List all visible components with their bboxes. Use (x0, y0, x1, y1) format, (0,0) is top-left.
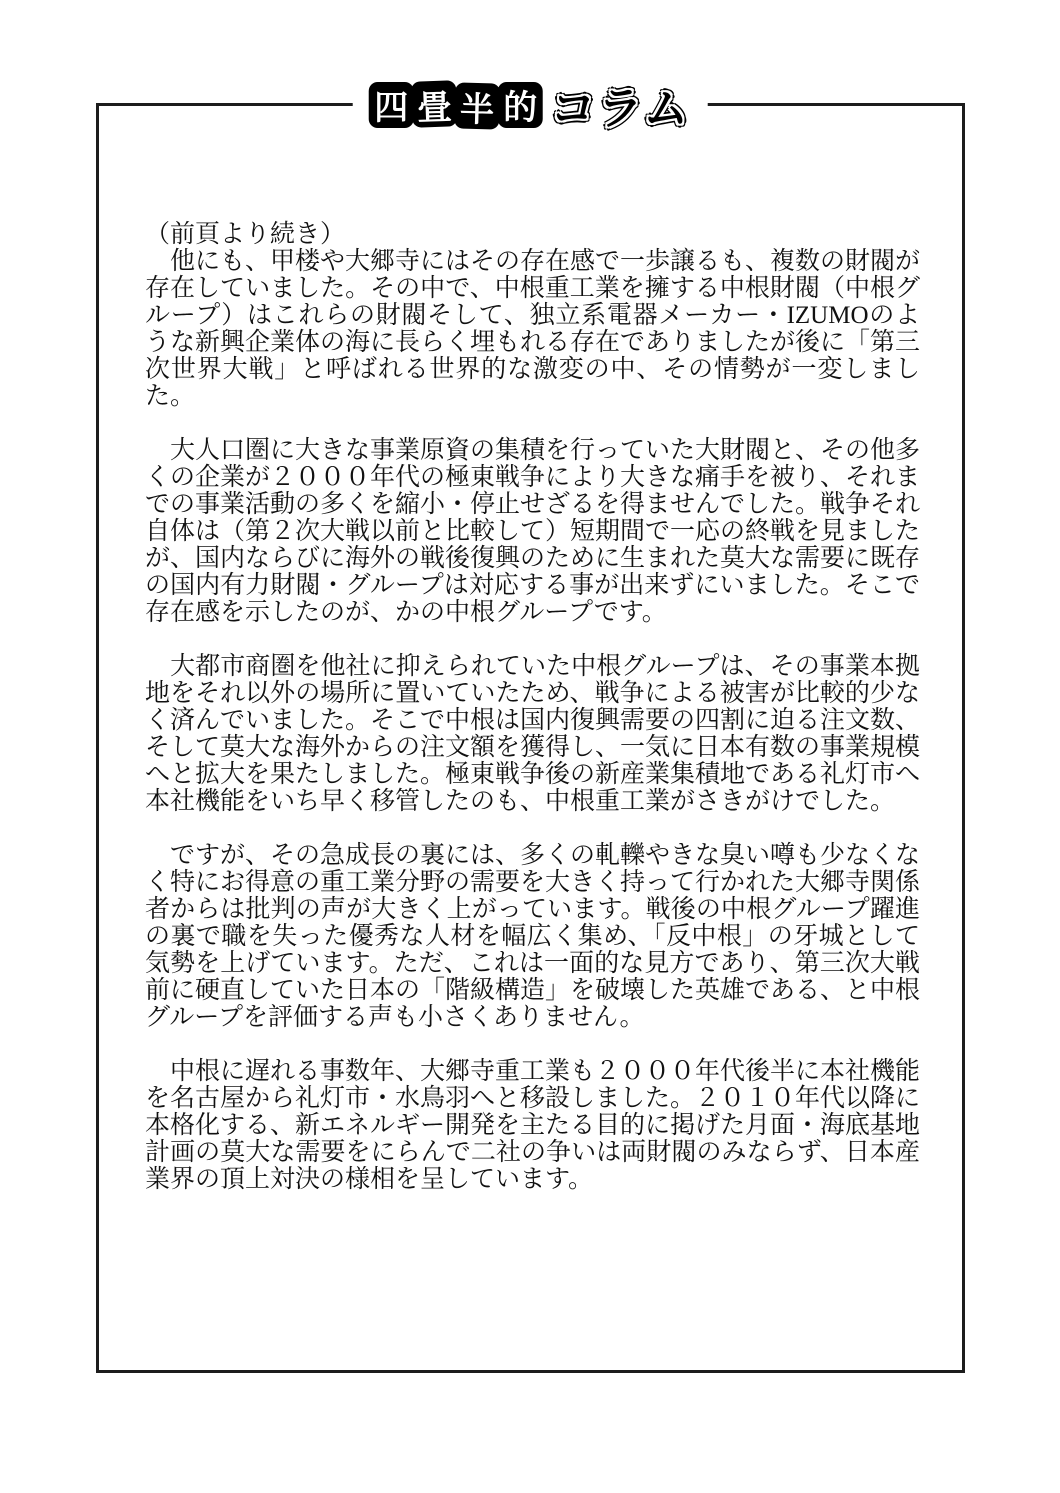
article-paragraph: 他にも、甲楼や大郷寺にはその存在感で一歩譲るも、複数の財閥が存在していました。そ… (145, 248, 920, 410)
article-paragraph: 大人口圏に大きな事業原資の集積を行っていた大財閥と、その他多くの企業が２０００年… (145, 437, 920, 626)
article-paragraph: ですが、その急成長の裏には、多くの軋轢やきな臭い噂も少なくなく特にお得意の重工業… (145, 842, 920, 1031)
article-text-block: （前頁より続き） 他にも、甲楼や大郷寺にはその存在感で一歩譲るも、複数の財閥が存… (145, 221, 920, 1193)
title-boxed-char: 四 (369, 82, 414, 128)
column-title: 四 畳 半 的 コラム (353, 72, 708, 137)
title-boxed-char: 半 (454, 82, 500, 129)
title-boxed-char: 畳 (411, 80, 458, 128)
continuation-note: （前頁より続き） (145, 221, 920, 248)
title-outline-text: コラム (548, 72, 693, 137)
article-paragraph: 中根に遅れる事数年、大郷寺重工業も２０００年代後半に本社機能を名古屋から礼灯市・… (145, 1058, 920, 1193)
article-paragraph: 大都市商圏を他社に抑えられていた中根グループは、その事業本拠地をそれ以外の場所に… (145, 653, 920, 815)
title-boxed-char: 的 (498, 82, 543, 128)
column-page: 四 畳 半 的 コラム （前頁より続き） 他にも、甲楼や大郷寺にはその存在感で一… (0, 0, 1060, 1493)
